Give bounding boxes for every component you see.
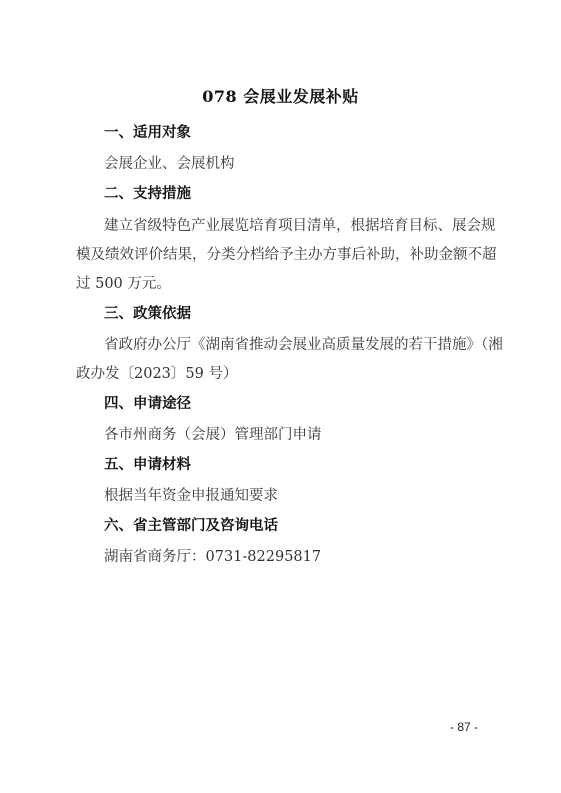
section-text-applicable-targets: 会展企业、会展机构 — [104, 152, 235, 173]
section-text-support-measures-line-2: 模及绩效评价结果，分类分档给予主办方事后补助，补助金额不超 — [76, 243, 497, 264]
page-title: 078 会展业发展补贴 — [0, 84, 561, 107]
document-page: 078 会展业发展补贴 一、适用对象 会展企业、会展机构 二、支持措施 建立省级… — [0, 0, 561, 793]
section-text-application-materials: 根据当年资金申报通知要求 — [104, 484, 278, 505]
section-text-support-measures-line-3: 过 500 万元。 — [76, 272, 171, 293]
section-text-support-measures-line-1: 建立省级特色产业展览培育项目清单，根据培育目标、展会规 — [104, 214, 496, 235]
section-heading-policy-basis: 三、政策依据 — [104, 302, 191, 323]
section-heading-support-measures: 二、支持措施 — [104, 182, 191, 203]
section-heading-application-channel: 四、申请途径 — [104, 392, 191, 413]
section-heading-applicable-targets: 一、适用对象 — [104, 121, 191, 142]
section-heading-contact: 六、省主管部门及咨询电话 — [104, 514, 278, 535]
section-text-contact: 湖南省商务厅：0731-82295817 — [104, 545, 321, 566]
page-number: - 87 - — [450, 720, 478, 734]
section-text-application-channel: 各市州商务（会展）管理部门申请 — [104, 423, 322, 444]
section-text-policy-basis-line-2: 政办发〔2023〕59 号） — [76, 362, 237, 383]
section-heading-application-materials: 五、申请材料 — [104, 453, 191, 474]
section-text-policy-basis-line-1: 省政府办公厅《湖南省推动会展业高质量发展的若干措施》（湘 — [104, 333, 503, 354]
